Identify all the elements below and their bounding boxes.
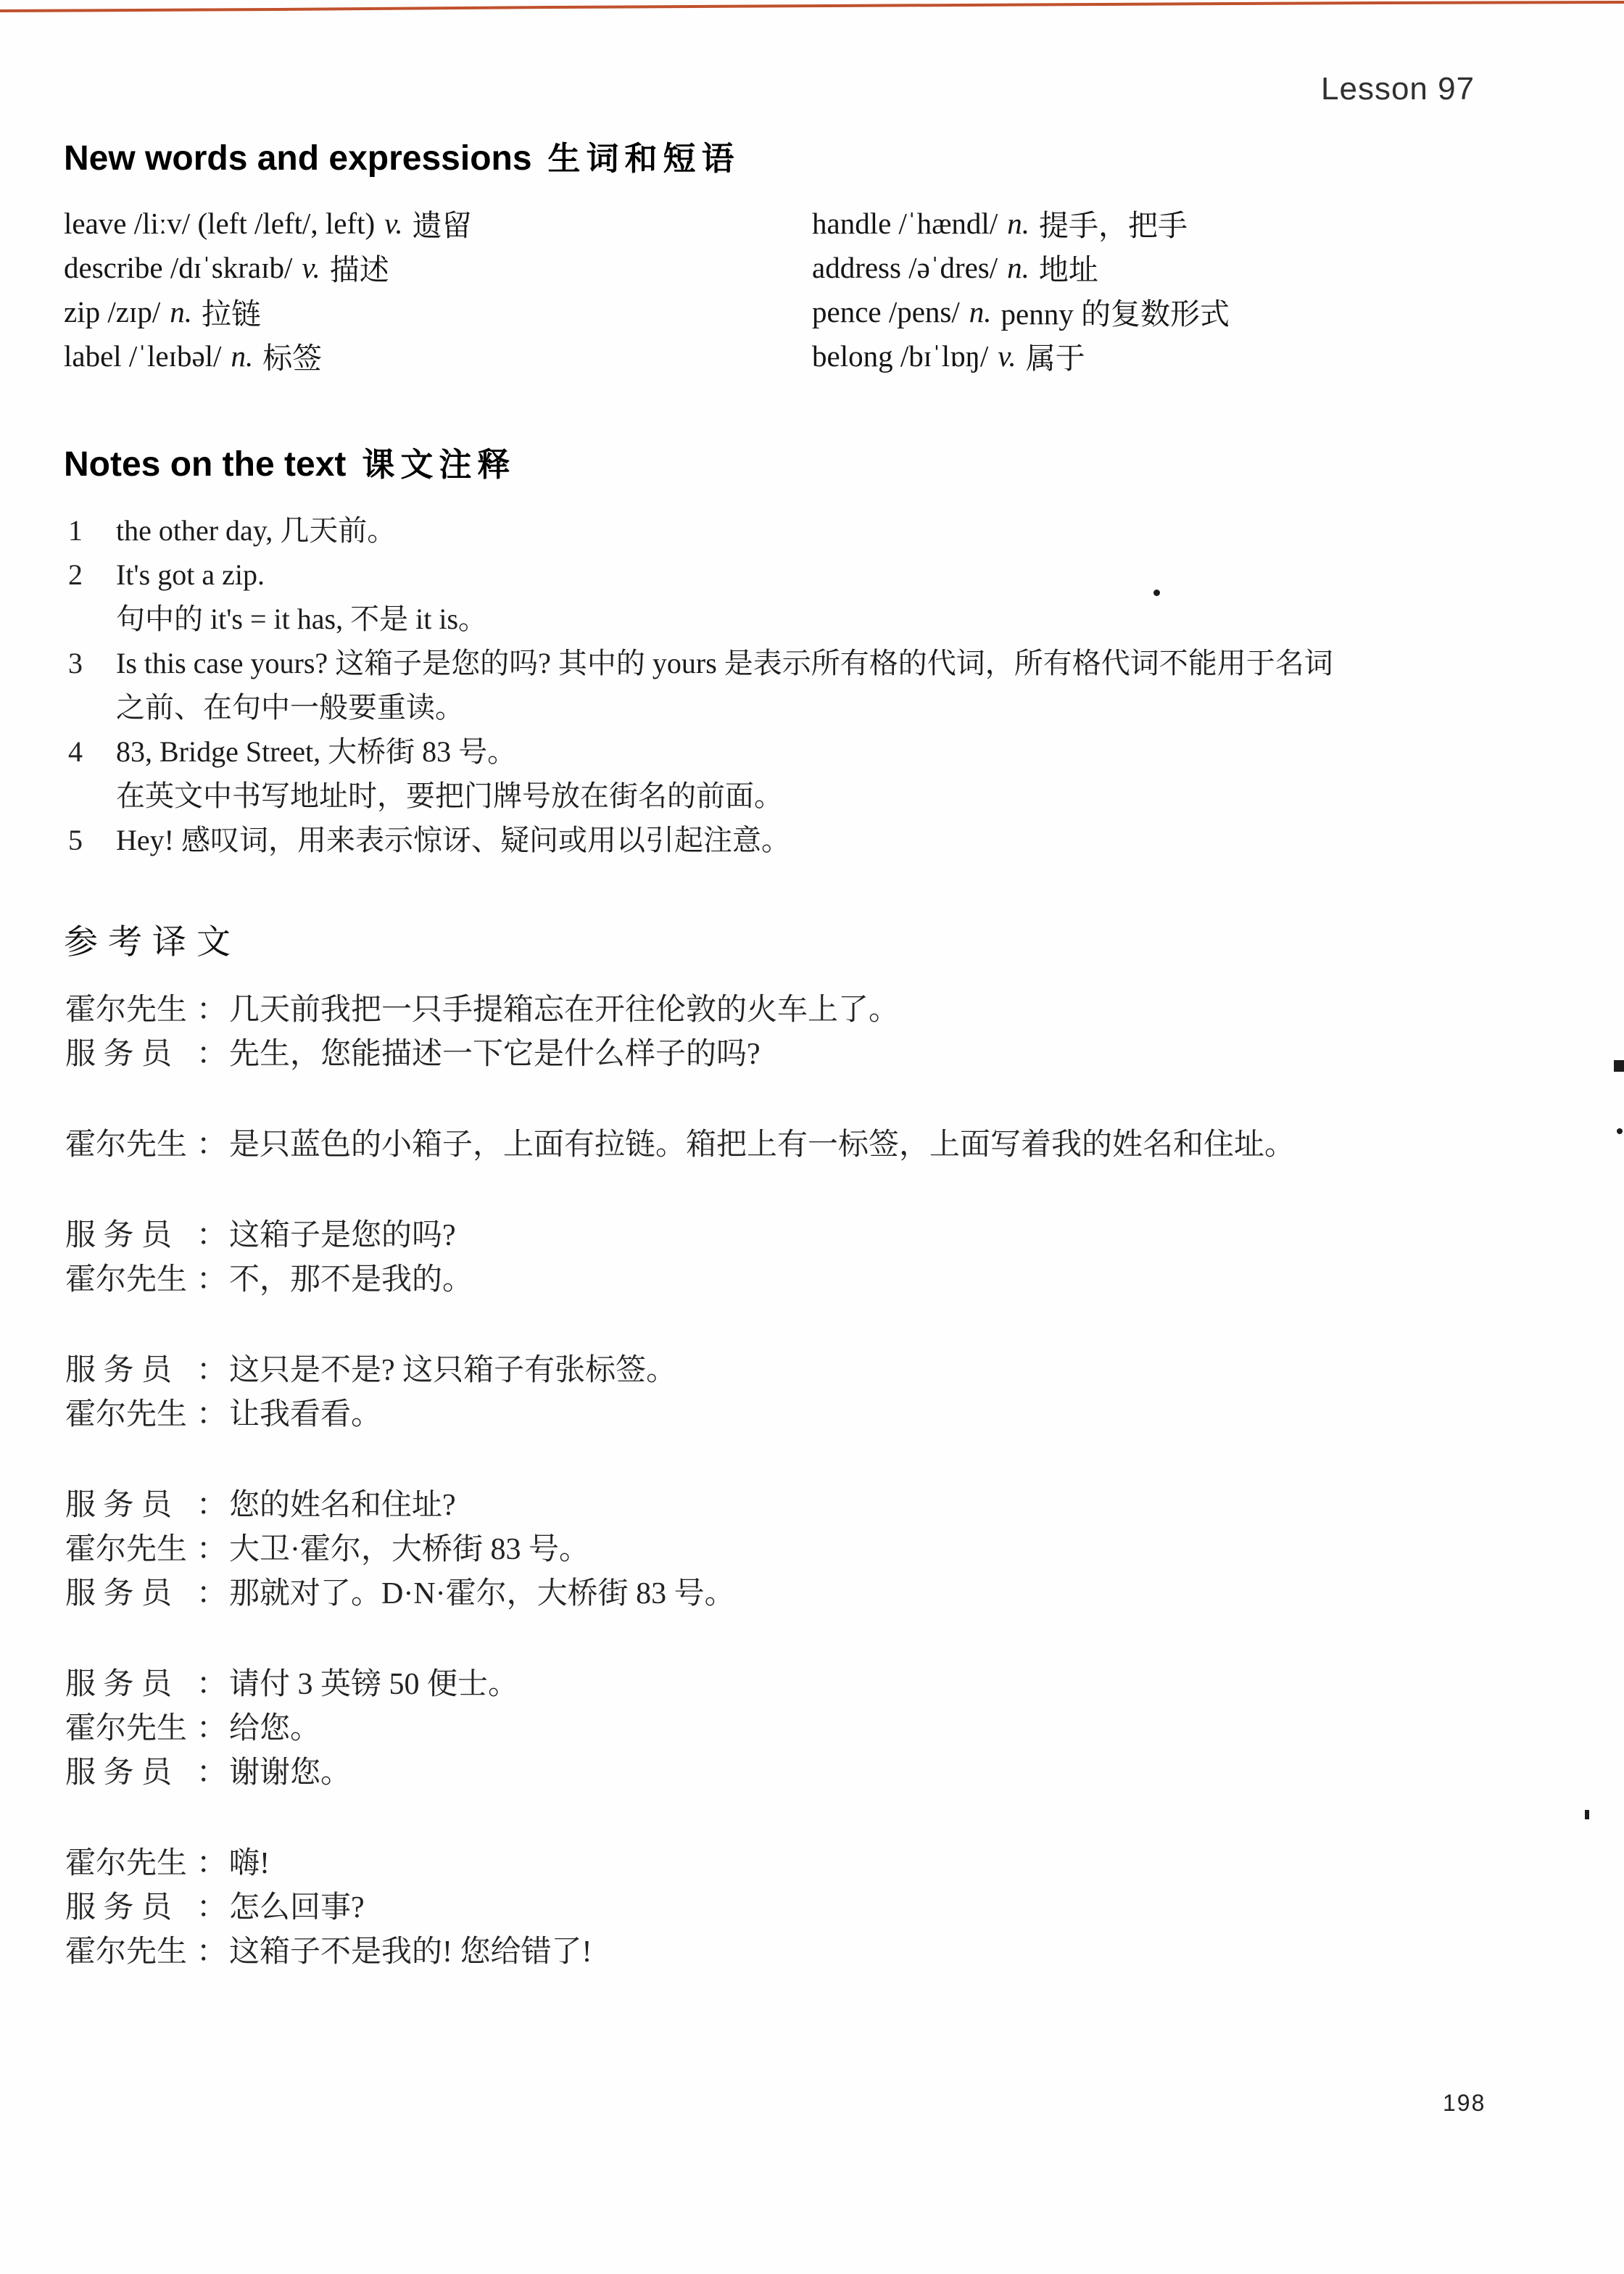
word-pos: v. bbox=[998, 339, 1016, 373]
dialogue-colon: ： bbox=[194, 1927, 229, 1971]
dialogue-line: 服 务 员：请付 3 英镑 50 便士。 bbox=[65, 1659, 1562, 1703]
dialogue-colon: ： bbox=[194, 1748, 229, 1792]
dialogue-line: 霍尔先生：让我看看。 bbox=[65, 1389, 1562, 1434]
dialogue-text: 大卫·霍尔，大桥街 83 号。 bbox=[229, 1525, 589, 1568]
scan-artifact-edge-mark bbox=[1614, 1060, 1624, 1072]
dialogue-colon: ： bbox=[194, 1883, 229, 1927]
dialogue-speaker: 霍尔先生 bbox=[65, 1704, 194, 1748]
dialogue-group: 霍尔先生：嗨!服 务 员：怎么回事?霍尔先生：这箱子不是我的! 您给错了! bbox=[65, 1838, 1562, 1971]
note-line-text: 句中的 it's = it has, 不是 it is。 bbox=[116, 597, 487, 641]
dialogue-text: 先生，您能描述一下它是什么样子的吗? bbox=[229, 1030, 761, 1073]
dialogue-colon: ： bbox=[194, 1120, 229, 1164]
dialogue-line: 服 务 员：那就对了。D·N·霍尔，大桥街 83 号。 bbox=[65, 1568, 1562, 1613]
dialogue-text: 您的姓名和住址? bbox=[229, 1481, 456, 1524]
new-words-title-zh: 生词和短语 bbox=[548, 141, 740, 177]
dialogue-speaker: 霍尔先生 bbox=[65, 1120, 194, 1164]
note-item: 483, Bridge Street, 大桥街 83 号。在英文中书写地址时，要… bbox=[68, 729, 1333, 818]
word-list-right: handle /ˈhændl/n.提手，把手address /əˈdres/n.… bbox=[812, 201, 1560, 378]
word-entry: belong /bɪˈlɒŋ/v.属于 bbox=[812, 334, 1560, 378]
dialogue-colon: ： bbox=[194, 1481, 229, 1524]
dialogue-line: 霍尔先生：嗨! bbox=[65, 1838, 1562, 1882]
dialogue-group: 霍尔先生：是只蓝色的小箱子，上面有拉链。箱把上有一标签，上面写着我的姓名和住址。 bbox=[65, 1120, 1562, 1164]
note-item: 2It's got a zip.句中的 it's = it has, 不是 it… bbox=[68, 553, 1333, 641]
dialogue-colon: ： bbox=[194, 1255, 229, 1299]
dialogue-text: 谢谢您。 bbox=[229, 1748, 351, 1792]
scan-line-path bbox=[0, 2, 1624, 11]
dialogue-colon: ： bbox=[194, 1660, 229, 1703]
dialogue-speaker: 霍尔先生 bbox=[65, 985, 194, 1029]
word-meaning: penny 的复数形式 bbox=[1001, 290, 1230, 333]
word-entry: handle /ˈhændl/n.提手，把手 bbox=[812, 201, 1560, 245]
word-list: leave /liːv/ (left /left/, left)v.遗留desc… bbox=[64, 201, 1560, 378]
note-number: 4 bbox=[68, 729, 116, 818]
dialogue-text: 这只是不是? 这只箱子有张标签。 bbox=[229, 1346, 676, 1389]
dialogue-group: 服 务 员：您的姓名和住址?霍尔先生：大卫·霍尔，大桥街 83 号。服 务 员：… bbox=[65, 1480, 1562, 1613]
dialogue: 霍尔先生：几天前我把一只手提箱忘在开往伦敦的火车上了。服 务 员：先生，您能描述… bbox=[65, 985, 1562, 1971]
dialogue-text: 这箱子是您的吗? bbox=[229, 1211, 456, 1254]
top-edge-scan-line bbox=[0, 0, 1624, 15]
note-line-text: It's got a zip. bbox=[116, 553, 487, 597]
dialogue-text: 给您。 bbox=[229, 1704, 320, 1748]
dialogue-text: 那就对了。D·N·霍尔，大桥街 83 号。 bbox=[229, 1569, 735, 1613]
word-english: address /əˈdres/ bbox=[812, 250, 998, 285]
note-line-text: Hey! 感叹词，用来表示惊讶、疑问或用以引起注意。 bbox=[116, 818, 790, 862]
new-words-heading: New words and expressions生词和短语 bbox=[64, 132, 740, 179]
dialogue-line: 霍尔先生：给您。 bbox=[65, 1703, 1562, 1748]
dialogue-line: 服 务 员：这箱子是您的吗? bbox=[65, 1210, 1562, 1254]
dialogue-speaker: 服 务 员 bbox=[65, 1346, 194, 1389]
word-entry: pence /pens/n.penny 的复数形式 bbox=[812, 289, 1560, 334]
note-item: 5Hey! 感叹词，用来表示惊讶、疑问或用以引起注意。 bbox=[68, 818, 1333, 862]
note-lines: 83, Bridge Street, 大桥街 83 号。在英文中书写地址时，要把… bbox=[116, 729, 783, 818]
dialogue-group: 服 务 员：请付 3 英镑 50 便士。霍尔先生：给您。服 务 员：谢谢您。 bbox=[65, 1659, 1562, 1792]
scan-artifact-edge-tick bbox=[1585, 1810, 1589, 1819]
dialogue-speaker: 霍尔先生 bbox=[65, 1255, 194, 1299]
note-item: 1the other day, 几天前。 bbox=[68, 508, 1333, 553]
word-meaning: 遗留 bbox=[413, 202, 472, 244]
dialogue-line: 霍尔先生：是只蓝色的小箱子，上面有拉链。箱把上有一标签，上面写着我的姓名和住址。 bbox=[65, 1120, 1562, 1164]
dialogue-colon: ： bbox=[194, 1346, 229, 1389]
dialogue-speaker: 服 务 员 bbox=[65, 1481, 194, 1524]
dialogue-line: 服 务 员：这只是不是? 这只箱子有张标签。 bbox=[65, 1345, 1562, 1389]
dialogue-text: 是只蓝色的小箱子，上面有拉链。箱把上有一标签，上面写着我的姓名和住址。 bbox=[229, 1120, 1295, 1164]
word-english: describe /dɪˈskraɪb/ bbox=[64, 250, 292, 285]
word-pos: v. bbox=[302, 250, 320, 285]
dialogue-speaker: 霍尔先生 bbox=[65, 1927, 194, 1971]
dialogue-group: 服 务 员：这箱子是您的吗?霍尔先生：不，那不是我的。 bbox=[65, 1210, 1562, 1299]
scan-artifact-dot bbox=[1153, 590, 1160, 596]
dialogue-line: 服 务 员：谢谢您。 bbox=[65, 1748, 1562, 1792]
notes-title-en: Notes on the text bbox=[64, 445, 346, 484]
word-entry: describe /dɪˈskraɪb/v.描述 bbox=[64, 245, 812, 289]
dialogue-speaker: 服 务 员 bbox=[65, 1211, 194, 1254]
dialogue-text: 怎么回事? bbox=[229, 1883, 365, 1927]
word-entry: leave /liːv/ (left /left/, left)v.遗留 bbox=[64, 201, 812, 245]
word-meaning: 描述 bbox=[330, 246, 389, 289]
note-number: 5 bbox=[68, 818, 116, 862]
word-pos: v. bbox=[384, 206, 402, 241]
word-english: handle /ˈhændl/ bbox=[812, 206, 998, 241]
dialogue-line: 服 务 员：怎么回事? bbox=[65, 1882, 1562, 1927]
dialogue-text: 请付 3 英镑 50 便士。 bbox=[229, 1660, 518, 1703]
dialogue-line: 霍尔先生：不，那不是我的。 bbox=[65, 1254, 1562, 1299]
note-lines: It's got a zip.句中的 it's = it has, 不是 it … bbox=[116, 553, 487, 641]
dialogue-line: 服 务 员：先生，您能描述一下它是什么样子的吗? bbox=[65, 1029, 1562, 1073]
dialogue-line: 霍尔先生：这箱子不是我的! 您给错了! bbox=[65, 1927, 1562, 1971]
dialogue-colon: ： bbox=[194, 1569, 229, 1613]
dialogue-speaker: 服 务 员 bbox=[65, 1030, 194, 1073]
page-number: 198 bbox=[1443, 2090, 1486, 2117]
dialogue-colon: ： bbox=[194, 1704, 229, 1748]
word-meaning: 地址 bbox=[1039, 246, 1098, 289]
new-words-title-en: New words and expressions bbox=[64, 139, 532, 178]
word-pos: n. bbox=[170, 294, 192, 329]
dialogue-text: 几天前我把一只手提箱忘在开往伦敦的火车上了。 bbox=[229, 985, 899, 1029]
word-meaning: 标签 bbox=[262, 334, 322, 377]
note-lines: the other day, 几天前。 bbox=[116, 508, 396, 553]
dialogue-colon: ： bbox=[194, 1839, 229, 1882]
word-meaning: 属于 bbox=[1026, 334, 1085, 377]
dialogue-speaker: 服 务 员 bbox=[65, 1569, 194, 1613]
word-list-left: leave /liːv/ (left /left/, left)v.遗留desc… bbox=[64, 201, 812, 378]
word-english: label /ˈleɪbəl/ bbox=[64, 339, 221, 373]
notes-heading: Notes on the text课文注释 bbox=[64, 438, 515, 485]
note-line-text: 83, Bridge Street, 大桥街 83 号。 bbox=[116, 729, 783, 774]
dialogue-line: 服 务 员：您的姓名和住址? bbox=[65, 1480, 1562, 1524]
word-pos: n. bbox=[1007, 206, 1029, 241]
dialogue-speaker: 服 务 员 bbox=[65, 1660, 194, 1703]
notes-list: 1the other day, 几天前。2It's got a zip.句中的 … bbox=[68, 508, 1333, 862]
word-meaning: 提手，把手 bbox=[1039, 202, 1188, 244]
note-lines: Is this case yours? 这箱子是您的吗? 其中的 yours 是… bbox=[116, 641, 1333, 729]
dialogue-text: 这箱子不是我的! 您给错了! bbox=[229, 1927, 592, 1971]
note-lines: Hey! 感叹词，用来表示惊讶、疑问或用以引起注意。 bbox=[116, 818, 790, 862]
translation-title: 参考译文 bbox=[64, 915, 241, 964]
scan-artifact-edge-dot bbox=[1617, 1128, 1623, 1134]
word-entry: zip /zɪp/n.拉链 bbox=[64, 289, 812, 334]
word-english: leave /liːv/ (left /left/, left) bbox=[64, 206, 375, 241]
word-meaning: 拉链 bbox=[202, 290, 261, 333]
word-pos: n. bbox=[231, 339, 253, 373]
word-entry: address /əˈdres/n.地址 bbox=[812, 245, 1560, 289]
note-item: 3Is this case yours? 这箱子是您的吗? 其中的 yours … bbox=[68, 641, 1333, 729]
dialogue-colon: ： bbox=[194, 1211, 229, 1254]
dialogue-colon: ： bbox=[194, 985, 229, 1029]
dialogue-speaker: 霍尔先生 bbox=[65, 1839, 194, 1882]
notes-title-zh: 课文注释 bbox=[362, 447, 515, 483]
dialogue-group: 霍尔先生：几天前我把一只手提箱忘在开往伦敦的火车上了。服 务 员：先生，您能描述… bbox=[65, 985, 1562, 1073]
note-line-text: the other day, 几天前。 bbox=[116, 508, 396, 553]
dialogue-speaker: 服 务 员 bbox=[65, 1883, 194, 1927]
dialogue-colon: ： bbox=[194, 1390, 229, 1434]
note-number: 2 bbox=[68, 553, 116, 641]
word-english: belong /bɪˈlɒŋ/ bbox=[812, 339, 988, 373]
dialogue-text: 让我看看。 bbox=[229, 1390, 381, 1434]
word-english: zip /zɪp/ bbox=[64, 294, 160, 329]
word-pos: n. bbox=[969, 294, 992, 329]
dialogue-colon: ： bbox=[194, 1525, 229, 1568]
note-number: 1 bbox=[68, 508, 116, 553]
dialogue-text: 嗨! bbox=[229, 1839, 270, 1882]
dialogue-text: 不，那不是我的。 bbox=[229, 1255, 473, 1299]
dialogue-colon: ： bbox=[194, 1030, 229, 1073]
page: Lesson 97 New words and expressions生词和短语… bbox=[0, 0, 1624, 2274]
note-number: 3 bbox=[68, 641, 116, 729]
dialogue-group: 服 务 员：这只是不是? 这只箱子有张标签。霍尔先生：让我看看。 bbox=[65, 1345, 1562, 1434]
dialogue-line: 霍尔先生：几天前我把一只手提箱忘在开往伦敦的火车上了。 bbox=[65, 985, 1562, 1029]
dialogue-line: 霍尔先生：大卫·霍尔，大桥街 83 号。 bbox=[65, 1524, 1562, 1568]
dialogue-speaker: 服 务 员 bbox=[65, 1748, 194, 1792]
word-entry: label /ˈleɪbəl/n.标签 bbox=[64, 334, 812, 378]
note-line-text: 之前、在句中一般要重读。 bbox=[116, 685, 1333, 729]
note-line-text: 在英文中书写地址时，要把门牌号放在街名的前面。 bbox=[116, 774, 783, 818]
dialogue-speaker: 霍尔先生 bbox=[65, 1525, 194, 1568]
word-pos: n. bbox=[1007, 250, 1029, 285]
dialogue-speaker: 霍尔先生 bbox=[65, 1390, 194, 1434]
note-line-text: Is this case yours? 这箱子是您的吗? 其中的 yours 是… bbox=[116, 641, 1333, 685]
lesson-label: Lesson 97 bbox=[1321, 71, 1475, 107]
word-english: pence /pens/ bbox=[812, 294, 960, 329]
